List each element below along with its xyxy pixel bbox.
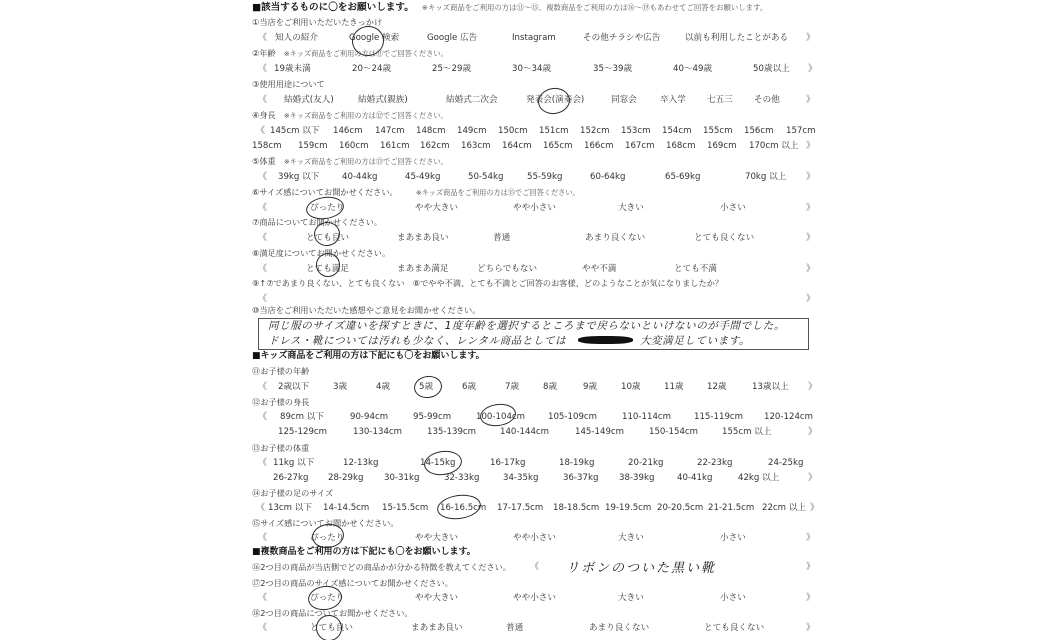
- q3-option[interactable]: その他: [754, 95, 780, 106]
- q11-label: ⑪お子様の年齢: [252, 366, 309, 377]
- q13-option[interactable]: 36-37kg: [563, 473, 598, 484]
- q4-option[interactable]: 150cm: [498, 126, 528, 137]
- q11-option[interactable]: 3歳: [333, 382, 347, 393]
- bracket-close: 》: [806, 172, 815, 183]
- q15-option[interactable]: 小さい: [720, 533, 746, 544]
- q12-option[interactable]: 140-144cm: [500, 427, 549, 438]
- q12-option[interactable]: 125-129cm: [278, 427, 327, 438]
- q6-option[interactable]: 大きい: [618, 203, 644, 214]
- q2-label: ②年齢※キッズ商品をご利用の方は⑪でご回答ください。: [252, 48, 448, 59]
- bracket-open: 《: [258, 382, 267, 393]
- q6-option[interactable]: 小さい: [720, 203, 746, 214]
- q10-answer-line2a: ドレス・靴については汚れも少なく、レンタル商品としては: [268, 333, 566, 348]
- bracket-open: 《: [258, 264, 267, 275]
- q15-option[interactable]: 大きい: [618, 533, 644, 544]
- q4-option[interactable]: 145cm 以下: [270, 126, 319, 137]
- bracket-close: 》: [810, 503, 819, 514]
- q4-option[interactable]: 161cm: [380, 141, 410, 152]
- q14-option[interactable]: 13cm 以下: [268, 503, 312, 514]
- q13-option[interactable]: 26-27kg: [273, 473, 308, 484]
- q11-option[interactable]: 11歳: [664, 382, 684, 393]
- q12-option[interactable]: 150-154cm: [649, 427, 698, 438]
- q3-option[interactable]: 結婚式(友人): [284, 95, 334, 106]
- bracket-close: 》: [806, 33, 815, 44]
- q6-option[interactable]: やや小さい: [513, 203, 556, 214]
- q14-option[interactable]: 18-18.5cm: [553, 503, 599, 514]
- q2-label-text: ②年齢: [252, 48, 276, 58]
- main-header-note: ※キッズ商品をご利用の方は⑪〜⑮、複数商品をご利用の方は⑯〜⑲もあわせてご回答を…: [422, 3, 767, 12]
- q2-note: ※キッズ商品をご利用の方は⑪でご回答ください。: [284, 49, 448, 58]
- q14-option[interactable]: 22cm 以上: [762, 503, 806, 514]
- q2-option[interactable]: 25〜29歳: [432, 64, 471, 75]
- bracket-close: 》: [808, 427, 817, 438]
- q4-option[interactable]: 169cm: [707, 141, 737, 152]
- q13-option[interactable]: 30-31kg: [384, 473, 419, 484]
- bracket-open: 《: [258, 64, 267, 75]
- q4-option[interactable]: 154cm: [662, 126, 692, 137]
- bracket-open: 《: [258, 412, 267, 423]
- q5-option[interactable]: 70kg 以上: [745, 172, 786, 183]
- bracket-close: 》: [806, 233, 815, 244]
- q18-option[interactable]: まあまあ良い: [411, 623, 463, 634]
- bracket-close: 》: [808, 382, 817, 393]
- q6-option[interactable]: やや大きい: [415, 203, 458, 214]
- q1-option[interactable]: その他チラシや広告: [583, 33, 660, 44]
- q14-option[interactable]: 19-19.5cm: [605, 503, 651, 514]
- q11-option[interactable]: 9歳: [583, 382, 597, 393]
- q7-option[interactable]: 普通: [493, 233, 510, 244]
- q4-option[interactable]: 153cm: [621, 126, 651, 137]
- main-header-text: ■該当するものに〇をお願いします。: [252, 2, 414, 13]
- q7-option[interactable]: とても良くない: [694, 233, 754, 244]
- q12-option[interactable]: 135-139cm: [427, 427, 476, 438]
- bracket-close: 》: [806, 623, 815, 634]
- q5-option[interactable]: 45-49kg: [405, 172, 440, 183]
- q12-option[interactable]: 89cm 以下: [280, 412, 324, 423]
- q17-option[interactable]: やや大きい: [415, 593, 458, 604]
- bracket-open: 《: [258, 623, 267, 634]
- q10-label: ⑩当店をご利用いただいた感想やご意見をお聞かせください。: [252, 305, 480, 316]
- q17-option[interactable]: やや小さい: [513, 593, 556, 604]
- q18-option[interactable]: とても良くない: [704, 623, 764, 634]
- bracket-open: 《: [258, 203, 267, 214]
- bracket-open: 《: [258, 172, 267, 183]
- q4-option[interactable]: 160cm: [339, 141, 369, 152]
- q1-option[interactable]: Google 広告: [427, 33, 477, 44]
- q4-option[interactable]: 162cm: [420, 141, 450, 152]
- q2-option[interactable]: 50歳以上: [753, 64, 790, 75]
- q3-option[interactable]: 卒入学: [660, 95, 686, 106]
- q4-option[interactable]: 170cm 以上: [749, 141, 798, 152]
- q4-option[interactable]: 159cm: [298, 141, 328, 152]
- q11-option[interactable]: 12歳: [707, 382, 727, 393]
- bracket-close: 》: [806, 141, 815, 152]
- bracket-open: 《: [258, 593, 267, 604]
- q15-option[interactable]: やや大きい: [415, 533, 458, 544]
- q3-label: ③使用用途について: [252, 79, 325, 90]
- q4-option[interactable]: 166cm: [584, 141, 614, 152]
- q10-answer-line1: 同じ服のサイズ違いを探すときに、1度年齢を選択するところまで戻らないといけないの…: [268, 318, 785, 333]
- q4-note: ※キッズ商品をご利用の方は⑫でご回答ください。: [284, 111, 448, 120]
- bracket-open: 《: [258, 95, 267, 106]
- bracket-close: 》: [806, 264, 815, 275]
- q17-label: ⑰2つ目の商品のサイズ感についてお聞かせください。: [252, 578, 453, 589]
- q4-option[interactable]: 158cm: [252, 141, 282, 152]
- bracket-close: 》: [806, 562, 815, 573]
- q12-option[interactable]: 95-99cm: [413, 412, 451, 423]
- q13-option[interactable]: 42kg 以上: [738, 473, 779, 484]
- q11-option[interactable]: 2歳以下: [278, 382, 309, 393]
- q1-option[interactable]: Instagram: [512, 33, 556, 44]
- q13-label: ⑬お子様の体重: [252, 443, 309, 454]
- handwritten-circle-mark: [436, 492, 483, 522]
- q4-option[interactable]: 165cm: [543, 141, 573, 152]
- q4-option[interactable]: 146cm: [333, 126, 363, 137]
- q13-option[interactable]: 40-41kg: [677, 473, 712, 484]
- bracket-close: 》: [806, 294, 815, 305]
- q2-option[interactable]: 20〜24歳: [352, 64, 391, 75]
- handwritten-circle-mark: [413, 374, 444, 400]
- q11-option[interactable]: 4歳: [376, 382, 390, 393]
- q4-option[interactable]: 164cm: [502, 141, 532, 152]
- bracket-open: 《: [258, 533, 267, 544]
- main-header: ■該当するものに〇をお願いします。※キッズ商品をご利用の方は⑪〜⑮、複数商品をご…: [252, 2, 767, 13]
- bracket-open: 《: [258, 33, 267, 44]
- q5-label: ⑤体重※キッズ商品をご利用の方は⑬でご回答ください。: [252, 156, 448, 167]
- q14-option[interactable]: 20-20.5cm: [657, 503, 703, 514]
- q11-option[interactable]: 6歳: [462, 382, 476, 393]
- bracket-open: 《: [258, 233, 267, 244]
- q5-option[interactable]: 65-69kg: [665, 172, 700, 183]
- q3-option[interactable]: 結婚式二次会: [446, 95, 498, 106]
- q4-option[interactable]: 151cm: [539, 126, 569, 137]
- q1-option[interactable]: 以前も利用したことがある: [685, 33, 788, 44]
- q11-option[interactable]: 8歳: [543, 382, 557, 393]
- q4-option[interactable]: 167cm: [625, 141, 655, 152]
- q18-option[interactable]: あまり良くない: [589, 623, 649, 634]
- q4-option[interactable]: 163cm: [461, 141, 491, 152]
- q6-label: ⑥サイズ感についてお聞かせください。※キッズ商品をご利用の方は⑮でご回答ください…: [252, 187, 580, 198]
- bracket-close: 》: [806, 203, 815, 214]
- q4-option[interactable]: 147cm: [375, 126, 405, 137]
- q2-option[interactable]: 40〜49歳: [673, 64, 712, 75]
- q15-option[interactable]: やや小さい: [513, 533, 556, 544]
- q13-option[interactable]: 18-19kg: [559, 458, 594, 469]
- redacted-scribble: [578, 336, 633, 344]
- q12-option[interactable]: 130-134cm: [353, 427, 402, 438]
- handwritten-circle-mark: [536, 86, 571, 116]
- q8-option[interactable]: とても不満: [674, 264, 717, 275]
- q13-option[interactable]: 12-13kg: [343, 458, 378, 469]
- handwritten-circle-mark: [479, 402, 518, 429]
- q5-option[interactable]: 60-64kg: [590, 172, 625, 183]
- q8-option[interactable]: どちらでもない: [477, 264, 537, 275]
- q13-option[interactable]: 24-25kg: [768, 458, 803, 469]
- q5-option[interactable]: 55-59kg: [527, 172, 562, 183]
- q14-label: ⑭お子様の足のサイズ: [252, 488, 333, 499]
- q13-option[interactable]: 28-29kg: [328, 473, 363, 484]
- bracket-open: 《: [530, 562, 539, 573]
- q5-option[interactable]: 39kg 以下: [278, 172, 319, 183]
- q11-option[interactable]: 13歳以上: [752, 382, 789, 393]
- q12-option[interactable]: 90-94cm: [350, 412, 388, 423]
- q3-option[interactable]: 結婚式(親族): [358, 95, 408, 106]
- q12-option[interactable]: 145-149cm: [575, 427, 624, 438]
- q17-option[interactable]: 小さい: [720, 593, 746, 604]
- q14-option[interactable]: 17-17.5cm: [497, 503, 543, 514]
- multi-section-header: ■複数商品をご利用の方は下記にも〇をお願いします。: [252, 547, 476, 558]
- q13-option[interactable]: 32-33kg: [444, 473, 479, 484]
- q4-option[interactable]: 156cm: [744, 126, 774, 137]
- q18-option[interactable]: 普通: [506, 623, 523, 634]
- q4-option[interactable]: 155cm: [703, 126, 733, 137]
- q7-option[interactable]: あまり良くない: [585, 233, 645, 244]
- q8-option[interactable]: まあまあ満足: [397, 264, 449, 275]
- q13-option[interactable]: 22-23kg: [697, 458, 732, 469]
- q4-label-text: ④身長: [252, 110, 276, 120]
- q14-option[interactable]: 21-21.5cm: [708, 503, 754, 514]
- q12-option[interactable]: 120-124cm: [764, 412, 813, 423]
- q2-option[interactable]: 19歳未満: [274, 64, 311, 75]
- q4-option[interactable]: 152cm: [580, 126, 610, 137]
- q12-option[interactable]: 105-109cm: [548, 412, 597, 423]
- q14-option[interactable]: 14-14.5cm: [323, 503, 369, 514]
- q14-option[interactable]: 15-15.5cm: [382, 503, 428, 514]
- q12-option[interactable]: 155cm 以上: [722, 427, 771, 438]
- kids-section-header: ■キッズ商品をご利用の方は下記にも〇をお願いします。: [252, 351, 485, 362]
- bracket-close: 》: [806, 593, 815, 604]
- q5-note: ※キッズ商品をご利用の方は⑬でご回答ください。: [284, 157, 448, 166]
- q9-label: ⑨↑⑦であまり良くない、とても良くない ⑧でやや不満、とても不満とご回答のお客様…: [252, 278, 723, 289]
- bracket-open: 《: [256, 503, 265, 514]
- bracket-close: 》: [806, 533, 815, 544]
- q13-option[interactable]: 38-39kg: [619, 473, 654, 484]
- q3-option[interactable]: 七五三: [707, 95, 733, 106]
- bracket-open: 《: [258, 458, 267, 469]
- bracket-close: 》: [808, 473, 817, 484]
- q3-option[interactable]: 同窓会: [611, 95, 637, 106]
- q16-label: ⑯2つ目の商品が当店側でどの商品かが分かる特徴を教えてください。: [252, 562, 511, 573]
- q12-option[interactable]: 110-114cm: [622, 412, 671, 423]
- bracket-close: 》: [806, 95, 815, 106]
- bracket-close: 》: [808, 64, 817, 75]
- q4-option[interactable]: 148cm: [416, 126, 446, 137]
- q6-note: ※キッズ商品をご利用の方は⑮でご回答ください。: [416, 188, 580, 197]
- q12-option[interactable]: 115-119cm: [694, 412, 743, 423]
- q5-option[interactable]: 40-44kg: [342, 172, 377, 183]
- q4-label: ④身長※キッズ商品をご利用の方は⑫でご回答ください。: [252, 110, 448, 121]
- q2-option[interactable]: 30〜34歳: [512, 64, 551, 75]
- bracket-open: 《: [256, 126, 265, 137]
- q11-option[interactable]: 10歳: [621, 382, 641, 393]
- q4-option[interactable]: 149cm: [457, 126, 487, 137]
- q16-answer[interactable]: リボンのついた黒い靴: [566, 557, 716, 576]
- q6-label-text: ⑥サイズ感についてお聞かせください。: [252, 187, 398, 197]
- q4-option[interactable]: 168cm: [666, 141, 696, 152]
- q5-option[interactable]: 50-54kg: [468, 172, 503, 183]
- survey-document: ■該当するものに〇をお願いします。※キッズ商品をご利用の方は⑪〜⑮、複数商品をご…: [0, 0, 1060, 640]
- bracket-open: 《: [258, 294, 267, 305]
- q8-option[interactable]: やや不満: [582, 264, 616, 275]
- q12-label: ⑫お子様の身長: [252, 397, 309, 408]
- q5-label-text: ⑤体重: [252, 156, 276, 166]
- q13-option[interactable]: 20-21kg: [628, 458, 663, 469]
- q13-option[interactable]: 34-35kg: [503, 473, 538, 484]
- q1-option[interactable]: 知人の紹介: [275, 33, 318, 44]
- q13-option[interactable]: 16-17kg: [490, 458, 525, 469]
- q7-option[interactable]: まあまあ良い: [397, 233, 449, 244]
- q4-option[interactable]: 157cm: [786, 126, 816, 137]
- q13-option[interactable]: 11kg 以下: [273, 458, 314, 469]
- q17-option[interactable]: 大きい: [618, 593, 644, 604]
- q2-option[interactable]: 35〜39歳: [593, 64, 632, 75]
- q10-answer-line2b: 大変満足しています。: [640, 333, 750, 348]
- q11-option[interactable]: 7歳: [505, 382, 519, 393]
